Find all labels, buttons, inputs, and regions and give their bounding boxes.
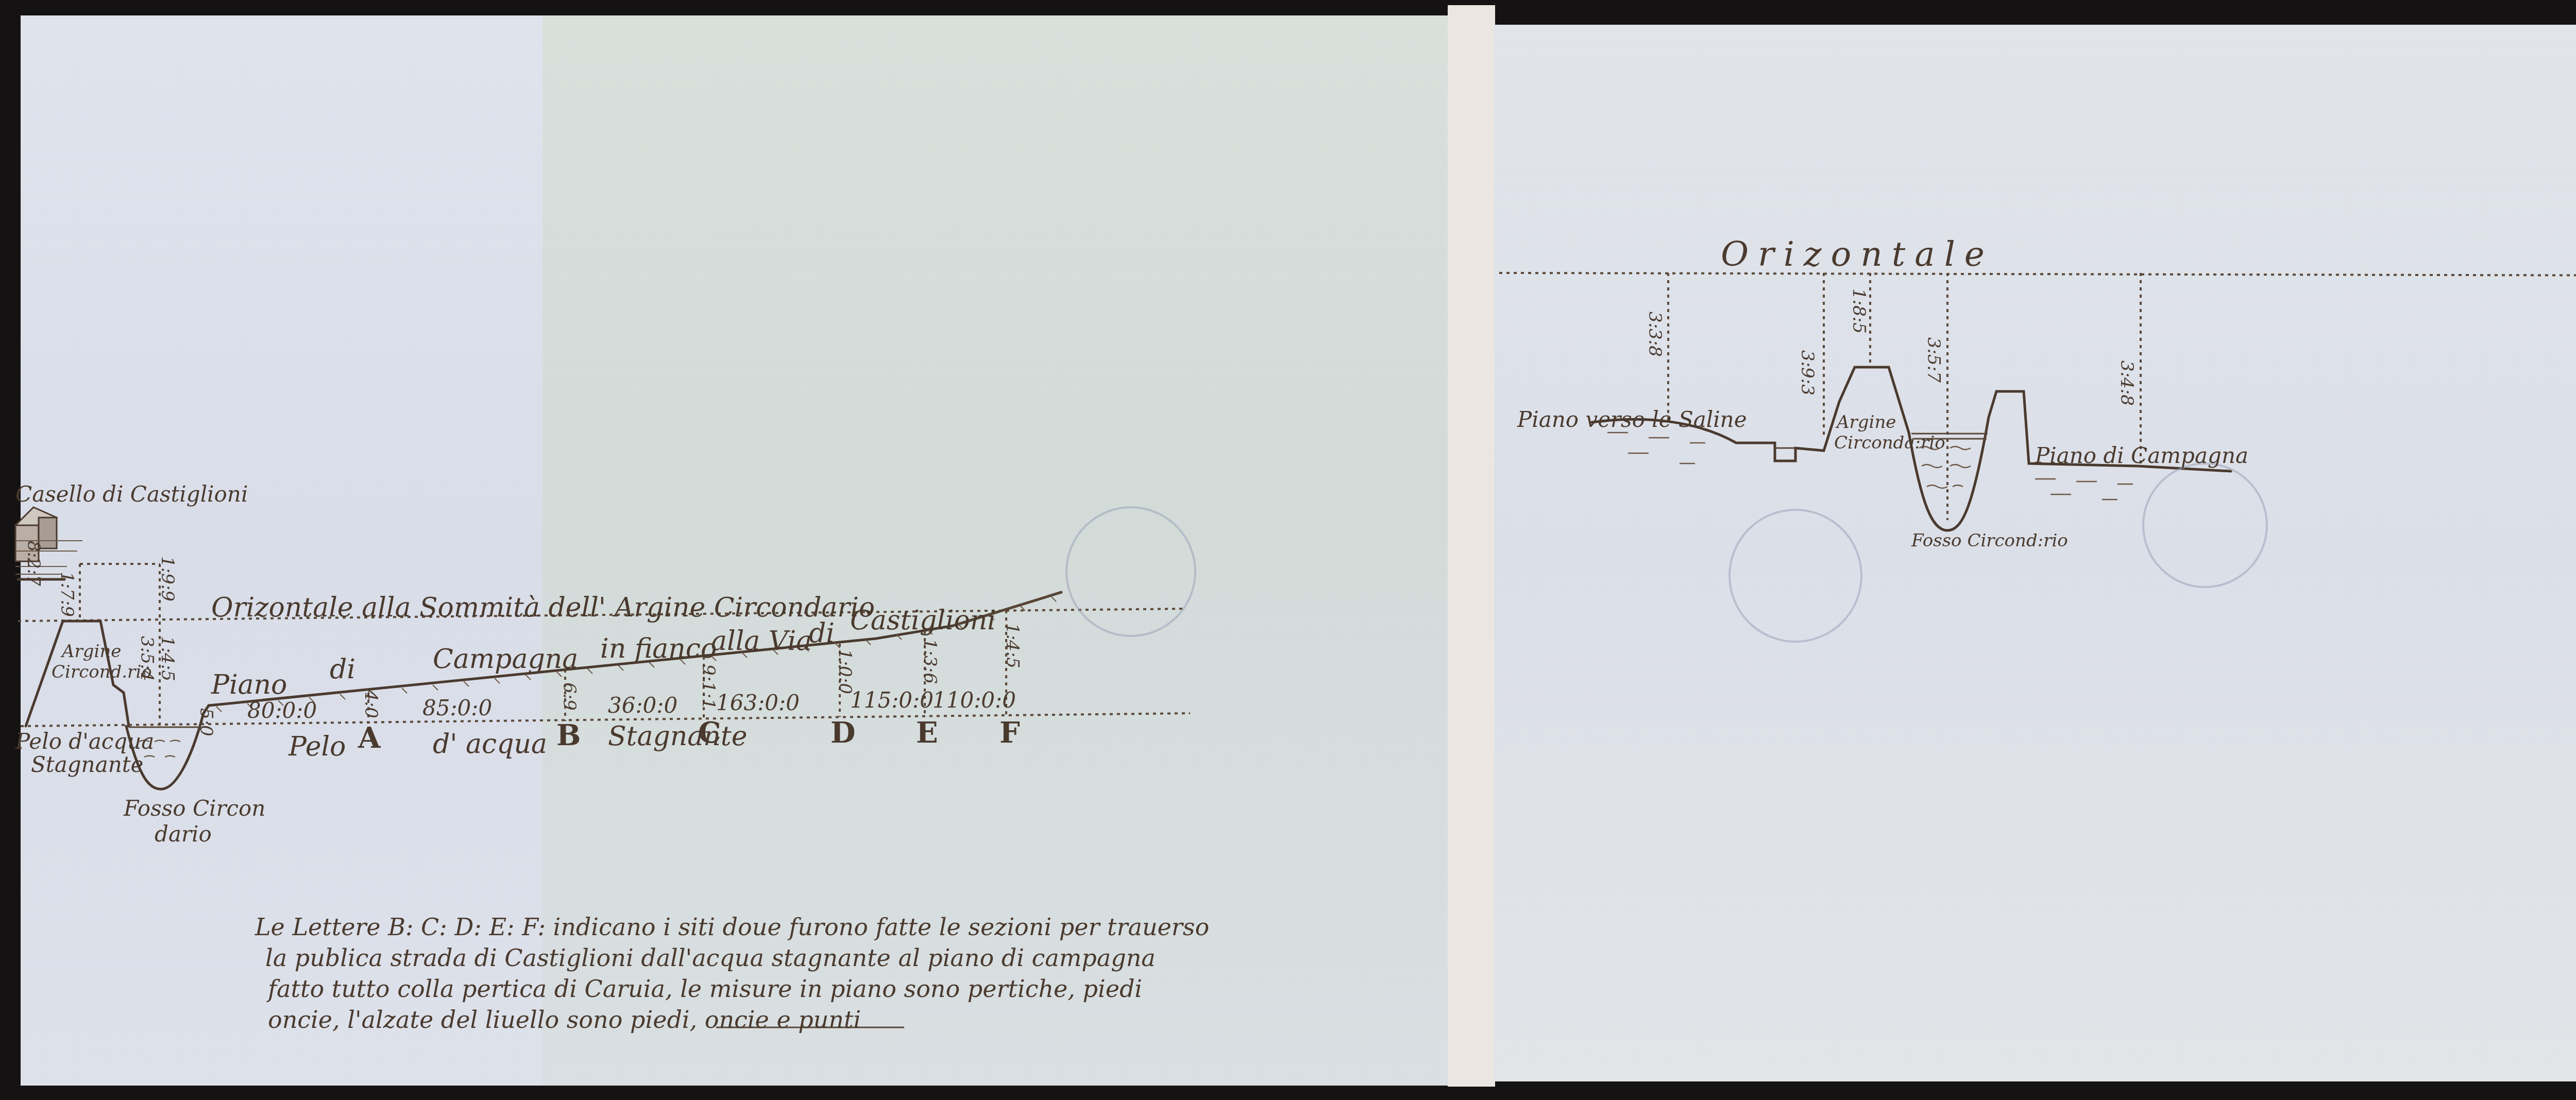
- right-left-plain-label: Piano verso le Saline: [1517, 407, 1747, 432]
- height-E: 1:3:6: [920, 639, 940, 684]
- ditch-label-2: dario: [155, 821, 212, 847]
- castle-height: 8:2:7: [23, 541, 44, 586]
- right-measure-2: 3:9:3: [1797, 350, 1818, 396]
- distance-F: 110:0:0: [933, 687, 1016, 713]
- water-word-stagnante: Stagnante: [608, 721, 747, 752]
- measure-castle-to-horizontal: 1:7:9: [57, 572, 77, 617]
- water-word-pelo: Pelo: [289, 731, 346, 762]
- horizontal-label: Orizontale alla Sommità dell' Argine Cir…: [211, 592, 875, 623]
- station-letter-E: E: [916, 716, 938, 750]
- right-measure-5: 3:4:8: [2116, 360, 2137, 406]
- ditch-label-1: Fosso Circon: [124, 796, 265, 821]
- station-letter-B: B: [556, 718, 581, 752]
- right-plain-label: Piano di Campagna: [2035, 443, 2248, 468]
- distance-E: 115:0:0: [850, 687, 934, 713]
- station-letter-A: A: [358, 721, 380, 755]
- measure-bank: 5:0: [196, 708, 216, 736]
- right-measure-4: 3:5:7: [1923, 337, 1944, 383]
- ground-word-castiglioni: Castiglioni: [850, 605, 996, 636]
- distance-C: 36:0:0: [608, 693, 677, 718]
- right-horizontal-line: [1499, 273, 2576, 276]
- measure-ditch-depth: 1:4:5: [157, 636, 178, 681]
- ground-word-alla-via: alla Via: [711, 626, 812, 657]
- levee-label-2: Circond.rio: [52, 662, 152, 682]
- station-letter-C: C: [698, 716, 721, 750]
- legend-line-4: oncie, l'alzate del liuello sono piedi, …: [268, 999, 861, 1040]
- right-ditch-label: Fosso Circond:rio: [1911, 530, 2068, 551]
- ground-word-in-fianco: in fianco: [600, 633, 717, 664]
- castle-label: Casello di Castiglioni: [15, 482, 248, 507]
- right-horizontal-label: Orizontale: [1721, 234, 1994, 274]
- archive-stamp-left: [1066, 507, 1195, 636]
- archive-stamp-right: [1730, 510, 1861, 642]
- height-D: 1:0:0: [835, 649, 855, 694]
- height-F: 1:4:5: [1002, 623, 1023, 668]
- height-A: 4:0: [361, 690, 381, 718]
- measure-levee-to-horizontal: 1:9:9: [157, 556, 178, 601]
- height-B: 6:9: [559, 682, 580, 711]
- water-word-acqua: d' acqua: [433, 729, 547, 760]
- water-label-1: Pelo d'acqua: [15, 729, 154, 754]
- distance-D: 163:0:0: [716, 690, 800, 715]
- right-measure-3: 1:8:5: [1849, 288, 1869, 334]
- ground-word-campagna: Campagna: [433, 644, 578, 675]
- ground-word-di: di: [330, 654, 355, 685]
- ground-word-piano: Piano: [211, 669, 287, 700]
- right-measure-1: 3:3:8: [1645, 312, 1665, 357]
- right-levee-label-1: Argine: [1837, 412, 1896, 433]
- archive-stamp-faint: [2143, 463, 2267, 587]
- water-label-2: Stagnante: [31, 752, 143, 777]
- levee-label-1: Argine: [62, 641, 121, 662]
- distance-B: 85:0:0: [422, 695, 492, 720]
- ground-word-di-2: di: [809, 618, 835, 649]
- right-levee-label-2: Circonda:rio: [1834, 433, 1945, 453]
- station-letter-D: D: [831, 716, 856, 750]
- station-letter-F: F: [999, 716, 1020, 750]
- distance-A: 80:0:0: [247, 698, 317, 723]
- height-C: 9:1:1: [698, 664, 719, 710]
